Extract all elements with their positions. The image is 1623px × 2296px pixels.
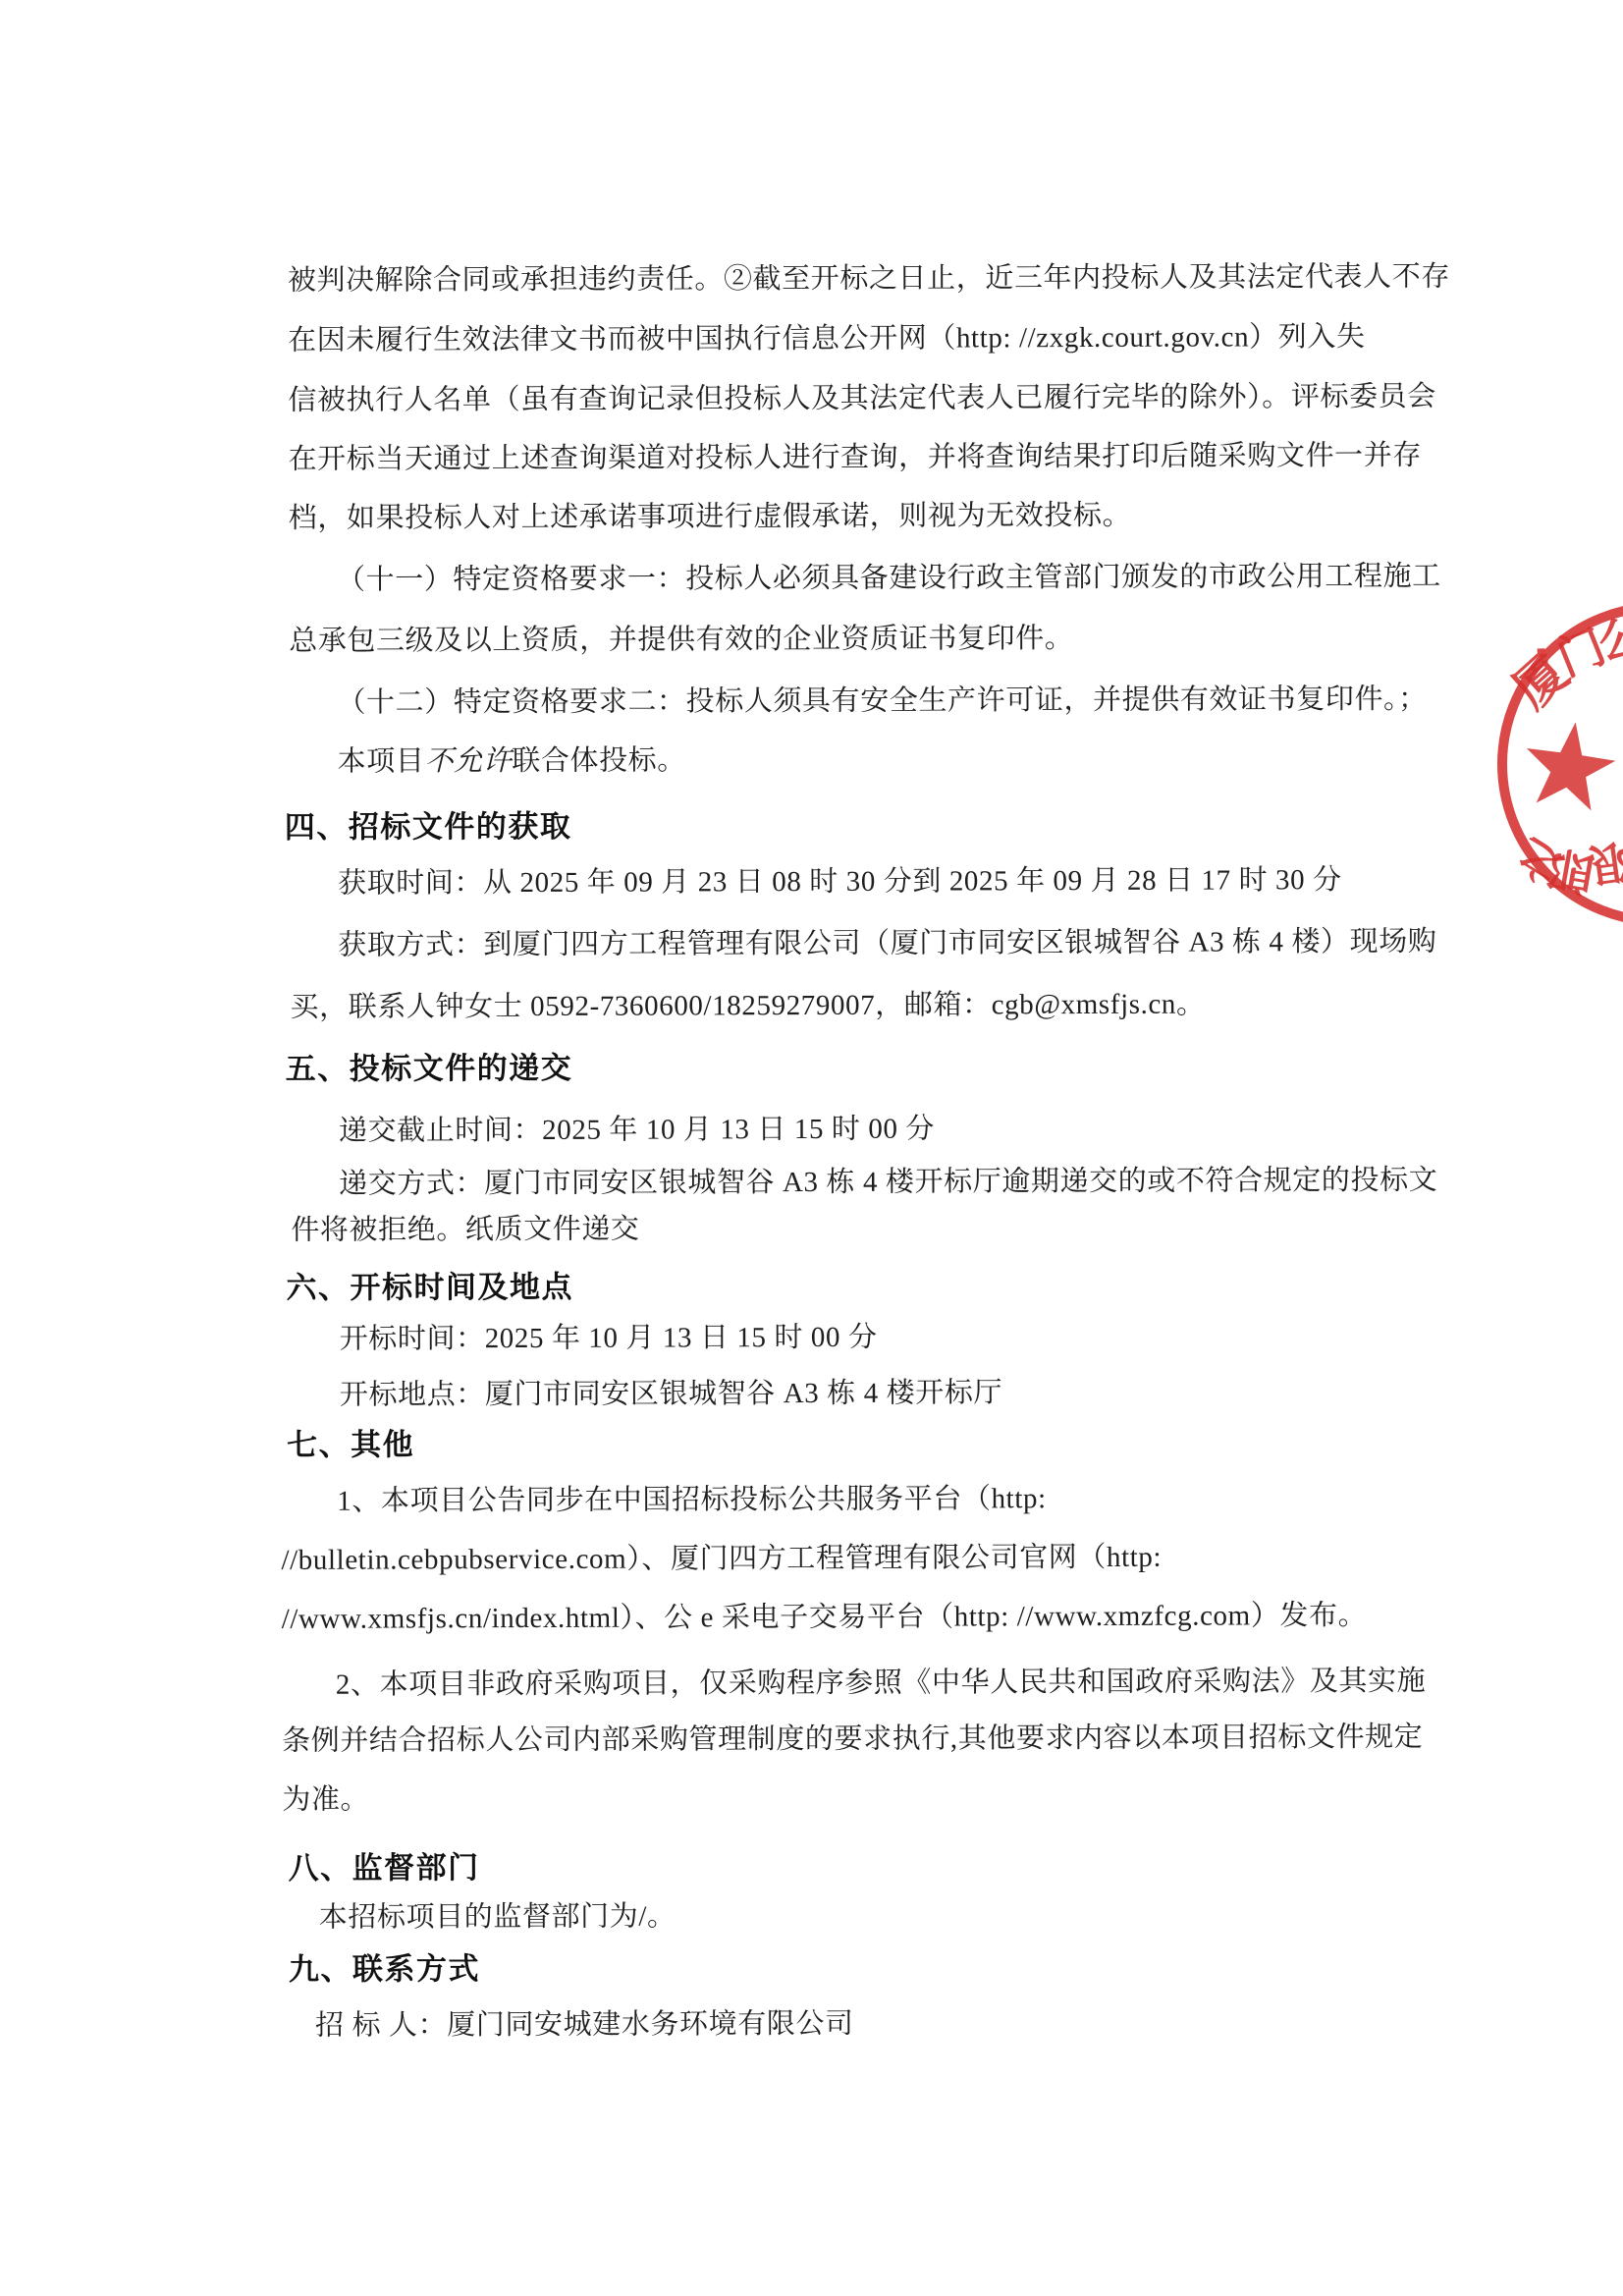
doc-line-opening-time: 开标时间：2025 年 10 月 13 日 15 时 00 分 [340,1315,878,1357]
doc-line-supervision-dept: 本招标项目的监督部门为/。 [319,1893,676,1935]
section-heading-others: 七、其他 [287,1419,414,1463]
doc-line: 总承包三级及以上资质，并提供有效的企业资质证书复印件。 [289,616,1073,659]
doc-line: 条例并结合招标人公司内部采购管理制度的要求执行,其他要求内容以本项目招标文件规定 [282,1715,1423,1759]
doc-line: 件将被拒绝。纸质文件递交 [291,1207,639,1248]
text-italic: 不允许 [424,745,512,777]
doc-line-obtain-method: 获取方式：到厦门四方工程管理有限公司（厦门市同安区银城智谷 A3 栋 4 楼）现… [338,919,1436,963]
doc-line: 信被执行人名单（虽有查询记录但投标人及其法定代表人已履行完毕的除外）。评标委员会 [288,374,1436,418]
doc-line-obtain-time: 获取时间：从 2025 年 09 月 23 日 08 时 30 分到 2025 … [338,857,1342,902]
doc-line-no-consortium: 本项目不允许联合体投标。 [338,738,686,779]
section-heading-contact-info: 九、联系方式 [289,1943,480,1989]
doc-line: 为准。 [282,1777,369,1818]
text-plain: 本项目 [338,745,425,777]
doc-line-requirement-12: （十二）特定资格要求二：投标人须具有安全生产许可证，并提供有效证书复印件。； [337,677,1427,721]
doc-line-opening-place: 开标地点：厦门市同安区银城智谷 A3 栋 4 楼开标厅 [340,1370,1002,1412]
doc-line: 档，如果投标人对上述承诺事项进行虚假承诺，则视为无效投标。 [289,493,1132,536]
doc-line: 在因未履行生效法律文书而被中国执行信息公开网（http: //zxgk.cour… [288,314,1366,358]
doc-line-submission-method: 递交方式：厦门市同安区银城智谷 A3 栋 4 楼开标厅逾期递交的或不符合规定的投… [339,1158,1437,1202]
text-plain: 联合体投标。 [512,744,686,777]
doc-line-requirement-11: （十一）特定资格要求一：投标人必须具备建设行政主管部门颁发的市政公用工程施工 [337,554,1441,598]
section-heading-supervision: 八、监督部门 [288,1842,479,1887]
doc-line: 被判决解除合同或承担违约责任。②截至开标之日止，近三年内投标人及其法定代表人不存 [288,254,1450,299]
doc-line-url: //bulletin.cebpubservice.com）、厦门四方工程管理有限… [281,1535,1162,1578]
scanned-document-page: 被判决解除合同或承担违约责任。②截至开标之日止，近三年内投标人及其法定代表人不存… [0,0,1623,2296]
doc-line-url: //www.xmsfjs.cn/index.html）、公 e 采电子交易平台（… [282,1593,1368,1637]
doc-line-announcement-platforms: 1、本项目公告同步在中国招标投标公共服务平台（http: [337,1476,1047,1519]
section-heading-obtain-documents: 四、招标文件的获取 [285,801,572,847]
doc-line: 在开标当天通过上述查询渠道对投标人进行查询，并将查询结果打印后随采购文件一并存 [288,433,1422,477]
section-heading-bid-opening: 六、开标时间及地点 [286,1262,573,1307]
doc-line-submission-deadline: 递交截止时间：2025 年 10 月 13 日 15 时 00 分 [339,1107,935,1149]
doc-line-non-gov-procurement: 2、本项目非政府采购项目，仅采购程序参照《中华人民共和国政府采购法》及其实施 [336,1659,1426,1703]
document-body: 被判决解除合同或承担违约责任。②截至开标之日止，近三年内投标人及其法定代表人不存… [0,0,1623,2296]
doc-line-tenderer: 招 标 人：厦门同安城建水务环境有限公司 [315,2001,854,2044]
section-heading-bid-submission: 五、投标文件的递交 [286,1043,573,1088]
doc-line-contact: 买，联系人钟女士 0592-7360600/18259279007，邮箱：cgb… [290,982,1205,1025]
